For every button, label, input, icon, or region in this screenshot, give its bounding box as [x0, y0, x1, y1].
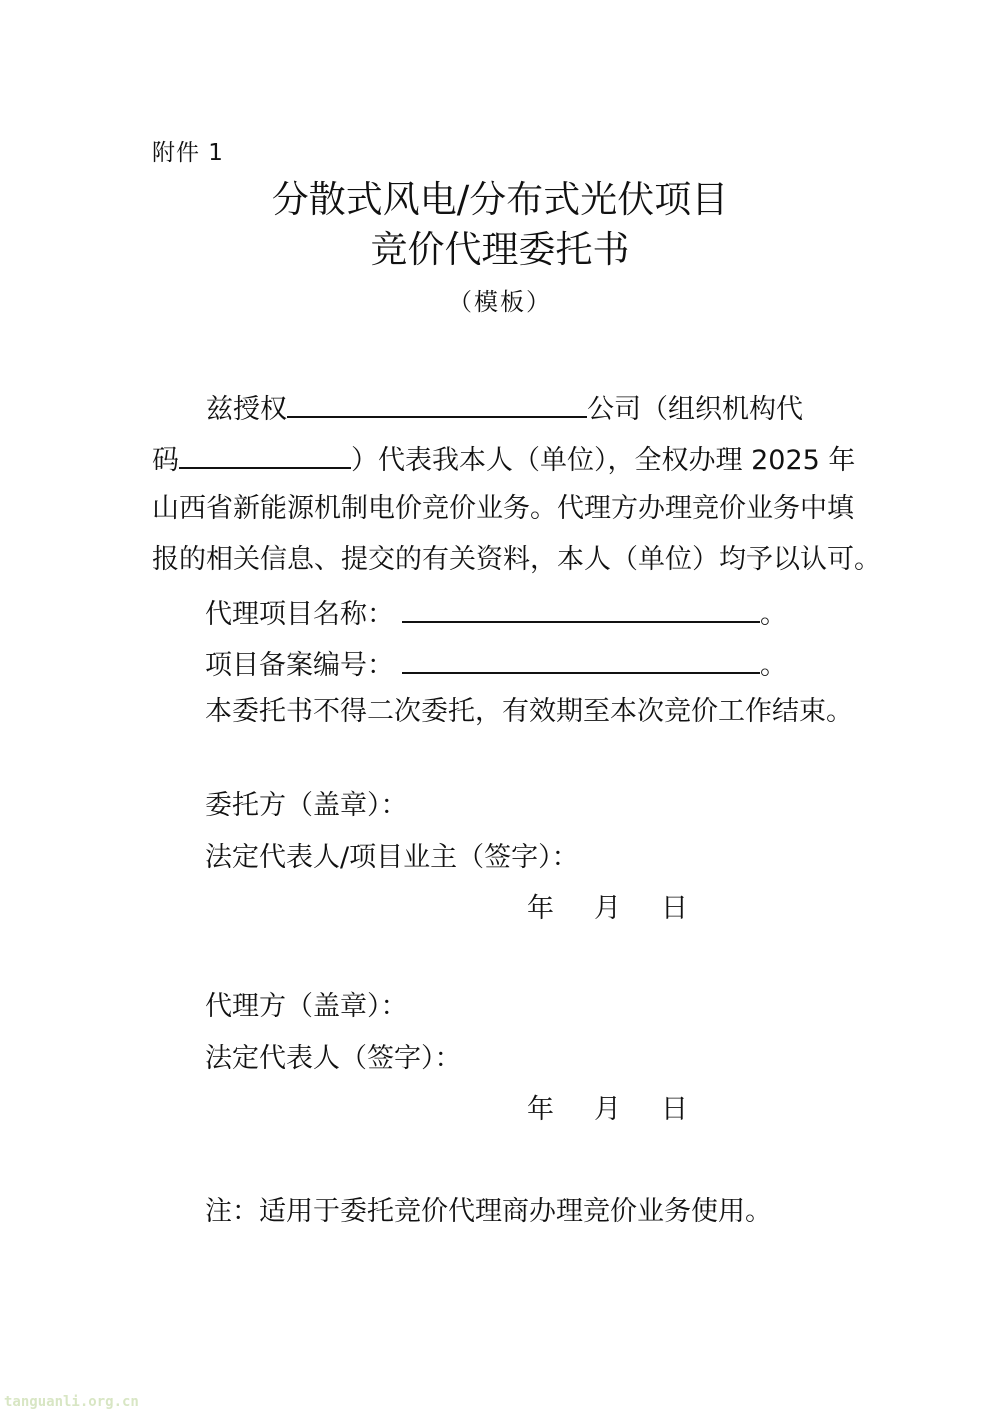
usage-note: 注：适用于委托竞价代理商办理竞价业务使用。: [205, 1192, 772, 1232]
company-name-blank[interactable]: [287, 386, 587, 418]
project-record-label: 项目备案编号：: [205, 650, 394, 681]
project-record-field: 项目备案编号：。: [205, 642, 787, 686]
agent-date-month: 月: [594, 1090, 621, 1130]
agent-date: 年月日: [527, 1090, 688, 1130]
client-date: 年月日: [527, 889, 688, 929]
authorization-scope-text: ）代表我本人（单位），全权办理 2025 年: [351, 445, 855, 476]
authorization-line-2: 码）代表我本人（单位），全权办理 2025 年: [152, 437, 855, 481]
authorization-line-3: 山西省新能源机制电价竞价业务。代理方办理竞价业务中填: [152, 489, 854, 529]
authorization-line-1: 兹授权公司（组织机构代: [152, 386, 803, 430]
project-name-field: 代理项目名称：。: [205, 591, 787, 635]
attachment-label: 附件 1: [152, 137, 224, 169]
org-code-blank[interactable]: [179, 437, 351, 469]
agent-date-day: 日: [661, 1090, 688, 1130]
client-date-day: 日: [661, 889, 688, 929]
document-subtitle: （模板）: [0, 284, 1000, 320]
client-seal-label: 委托方（盖章）：: [205, 786, 408, 826]
client-date-year: 年: [527, 889, 554, 929]
validity-statement: 本委托书不得二次委托，有效期至本次竞价工作结束。: [205, 692, 853, 732]
document-title-line-2: 竞价代理委托书: [0, 225, 1000, 275]
client-date-month: 月: [594, 889, 621, 929]
org-code-prefix: 码: [152, 445, 179, 476]
project-name-blank[interactable]: [402, 591, 760, 623]
watermark: tanguanli.org.cn: [4, 1394, 139, 1410]
agent-date-year: 年: [527, 1090, 554, 1130]
agent-signature-label: 法定代表人（签字）：: [205, 1039, 462, 1079]
authorization-prefix: 兹授权: [206, 394, 287, 425]
authorization-line-4: 报的相关信息、提交的有关资料，本人（单位）均予以认可。: [152, 540, 881, 580]
field-end-mark: 。: [760, 650, 787, 681]
project-record-blank[interactable]: [402, 642, 760, 674]
document-title-line-1: 分散式风电/分布式光伏项目: [0, 175, 1000, 225]
authorization-company-suffix: 公司（组织机构代: [587, 394, 803, 425]
project-name-label: 代理项目名称：: [205, 599, 394, 630]
agent-seal-label: 代理方（盖章）：: [205, 987, 408, 1027]
client-signature-label: 法定代表人/项目业主（签字）：: [205, 838, 579, 878]
document-page: 附件 1 分散式风电/分布式光伏项目 竞价代理委托书 （模板） 兹授权公司（组织…: [0, 0, 1000, 1414]
field-end-mark: 。: [760, 599, 787, 630]
